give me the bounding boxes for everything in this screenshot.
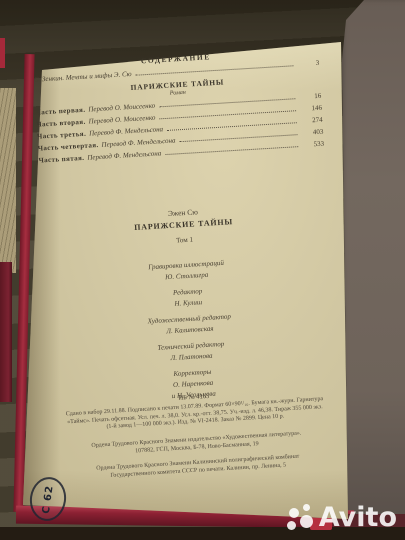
avito-watermark-text: Avito xyxy=(319,502,397,533)
gray-book-cover xyxy=(338,0,405,520)
red-cover-speck xyxy=(0,38,5,68)
toc-page-number: 3 xyxy=(297,57,320,70)
colophon-header: Эжен Сю ПАРИЖСКИЕ ТАЙНЫ Том 1 xyxy=(32,199,336,253)
page-stack-edge xyxy=(0,88,16,273)
toc-page-number: 533 xyxy=(302,138,325,151)
toc-leader-dots xyxy=(165,146,298,155)
avito-logo-icon xyxy=(286,503,316,533)
imprint-paragraph: Ордена Трудового Красного Знамени Калини… xyxy=(78,453,318,482)
library-stamp-text: С 62 xyxy=(41,484,56,514)
printed-page-text: СОДЕРЖАНИЕ С. Зенкин. Мечты и мифы Э. Сю… xyxy=(22,37,351,524)
neighbor-book-cover-edge xyxy=(0,262,12,402)
book-photo: СОДЕРЖАНИЕ С. Зенкин. Мечты и мифы Э. Сю… xyxy=(0,0,405,540)
table-of-contents: СОДЕРЖАНИЕ С. Зенкин. Мечты и мифы Э. Сю… xyxy=(33,46,325,167)
avito-watermark: Avito xyxy=(286,502,397,533)
toc-part-label: Часть пятая. xyxy=(38,152,84,167)
